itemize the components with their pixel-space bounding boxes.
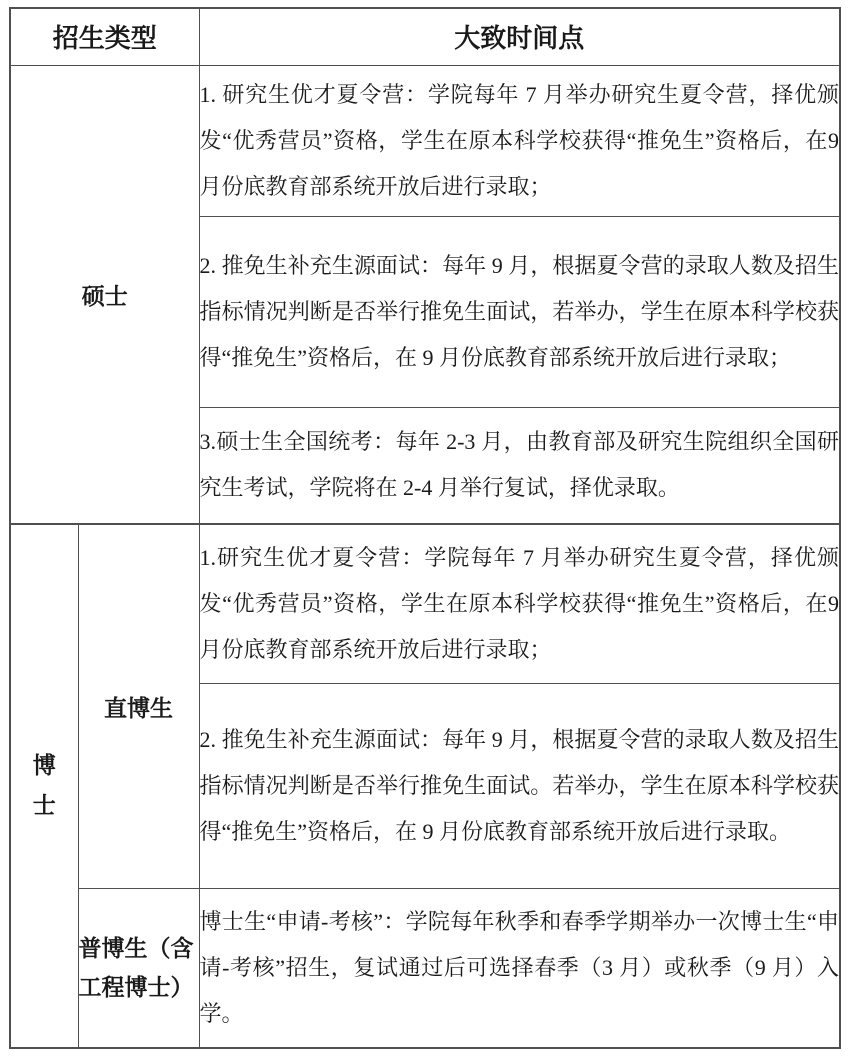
direct-phd-item-1-text: 1.研究生优才夏令营：学院每年 7 月举办研究生夏令营，择优颁发“优秀营员”资格… xyxy=(200,535,840,673)
header-cell-admission-type: 招生类型 xyxy=(10,8,199,65)
doctor-label-cell: 博士 xyxy=(10,524,78,1048)
direct-phd-item-2-text: 2. 推免生补充生源面试：每年 9 月，根据夏令营的录取人数及招生指标情况判断是… xyxy=(200,717,840,855)
regular-phd-row: 普博生（含工程博士） 博士生“申请-考核”：学院每年秋季和春季学期举办一次博士生… xyxy=(10,888,840,1048)
direct-phd-label-cell: 直博生 xyxy=(78,524,199,888)
direct-phd-label: 直博生 xyxy=(79,690,199,723)
direct-phd-item-2-cell: 2. 推免生补充生源面试：每年 9 月，根据夏令营的录取人数及招生指标情况判断是… xyxy=(199,683,840,888)
master-item-1-text: 1. 研究生优才夏令营：学院每年 7 月举办研究生夏令营，择优颁发“优秀营员”资… xyxy=(200,72,840,210)
doctor-label: 博士 xyxy=(32,746,57,826)
admissions-schedule-table: 招生类型 大致时间点 硕士 1. 研究生优才夏令营：学院每年 7 月举办研究生夏… xyxy=(9,7,841,1049)
master-item-1-cell: 1. 研究生优才夏令营：学院每年 7 月举办研究生夏令营，择优颁发“优秀营员”资… xyxy=(199,65,840,216)
regular-phd-label: 普博生（含工程博士） xyxy=(79,929,199,1007)
header-row: 招生类型 大致时间点 xyxy=(10,8,840,65)
master-item-3-text: 3.硕士生全国统考：每年 2-3 月，由教育部及研究生院组织全国研究生考试，学院… xyxy=(200,419,840,511)
document-page: 招生类型 大致时间点 硕士 1. 研究生优才夏令营：学院每年 7 月举办研究生夏… xyxy=(0,0,852,1064)
regular-phd-item-cell: 博士生“申请-考核”：学院每年秋季和春季学期举办一次博士生“申请-考核”招生，复… xyxy=(199,888,840,1048)
master-item-3-cell: 3.硕士生全国统考：每年 2-3 月，由教育部及研究生院组织全国研究生考试，学院… xyxy=(199,407,840,524)
master-item-2-cell: 2. 推免生补充生源面试：每年 9 月，根据夏令营的录取人数及招生指标情况判断是… xyxy=(199,216,840,407)
regular-phd-item-text: 博士生“申请-考核”：学院每年秋季和春季学期举办一次博士生“申请-考核”招生，复… xyxy=(200,899,840,1037)
master-item-2-text: 2. 推免生补充生源面试：每年 9 月，根据夏令营的录取人数及招生指标情况判断是… xyxy=(200,243,840,381)
master-row-1: 硕士 1. 研究生优才夏令营：学院每年 7 月举办研究生夏令营，择优颁发“优秀营… xyxy=(10,65,840,216)
doctor-row-1: 博士 直博生 1.研究生优才夏令营：学院每年 7 月举办研究生夏令营，择优颁发“… xyxy=(10,524,840,683)
regular-phd-label-cell: 普博生（含工程博士） xyxy=(78,888,199,1048)
direct-phd-item-1-cell: 1.研究生优才夏令营：学院每年 7 月举办研究生夏令营，择优颁发“优秀营员”资格… xyxy=(199,524,840,683)
master-label-cell: 硕士 xyxy=(10,65,199,524)
master-label: 硕士 xyxy=(11,278,199,311)
header-cell-timeline: 大致时间点 xyxy=(199,8,840,65)
